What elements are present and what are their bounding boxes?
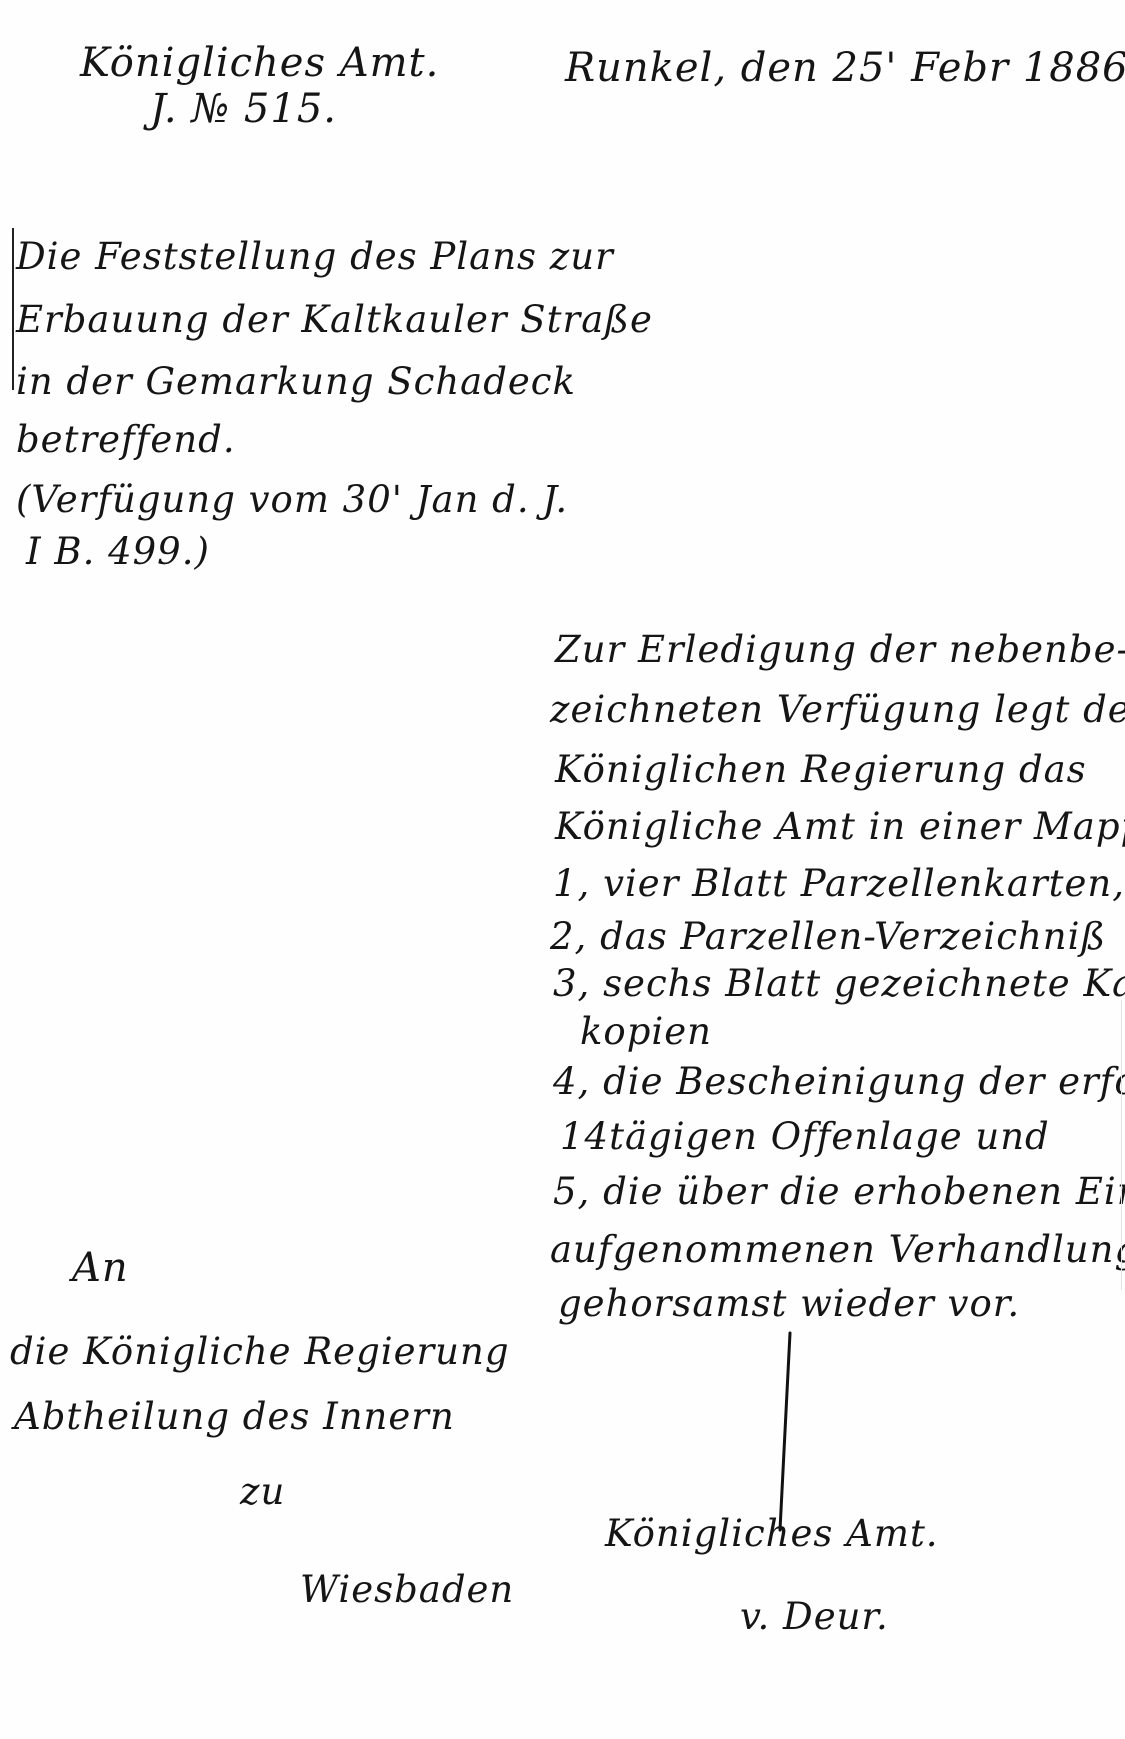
body-line: Zur Erledigung der nebenbe- [555, 628, 1125, 671]
body-line: 3, sechs Blatt gezeichnete Karten- [553, 962, 1125, 1005]
address-an: An [72, 1245, 129, 1291]
address-city: Wiesbaden [300, 1568, 514, 1611]
header-office: Königliches Amt. [80, 40, 439, 86]
subject-line: betreffend. [16, 418, 236, 461]
subject-line: I B. 499.) [26, 530, 210, 573]
page-edge-mark [1121, 1000, 1122, 1290]
body-line: Königlichen Regierung das [555, 748, 1087, 791]
place-date: Runkel, den 25' Febr 1886. [565, 45, 1125, 91]
address-line: Abtheilung des Innern [14, 1395, 455, 1438]
signature-name: v. Deur. [740, 1595, 889, 1638]
address-zu: zu [240, 1470, 285, 1513]
body-line: 2, das Parzellen-Verzeichniß [550, 915, 1106, 958]
body-line: 5, die über die erhobenen Einsprüche [553, 1170, 1125, 1213]
body-line: 14tägigen Offenlage und [560, 1115, 1050, 1158]
handwritten-letter-page: Königliches Amt. J. № 515. Runkel, den 2… [0, 0, 1125, 1739]
journal-number: J. № 515. [150, 86, 337, 132]
body-line: Königliche Amt in einer Mappe: [555, 805, 1125, 848]
margin-rule [12, 228, 14, 390]
body-line: gehorsamst wieder vor. [558, 1282, 1020, 1325]
body-line: kopien [580, 1010, 712, 1053]
body-line: zeichneten Verfügung legt der [550, 688, 1125, 731]
subject-line: (Verfügung vom 30' Jan d. J. [16, 478, 568, 521]
subject-line: Die Feststellung des Plans zur [16, 235, 614, 278]
address-line: die Königliche Regierung [10, 1330, 510, 1373]
subject-line: Erbauung der Kaltkauler Straße [16, 298, 653, 341]
subject-line: in der Gemarkung Schadeck [16, 360, 576, 403]
signature-office: Königliches Amt. [605, 1512, 939, 1555]
connector-stroke [770, 1330, 800, 1535]
body-line: aufgenommenen Verhandlungen [550, 1228, 1125, 1271]
body-line: 1, vier Blatt Parzellenkarten, [553, 862, 1125, 905]
body-line: 4, die Bescheinigung der erfolgten [553, 1060, 1125, 1103]
